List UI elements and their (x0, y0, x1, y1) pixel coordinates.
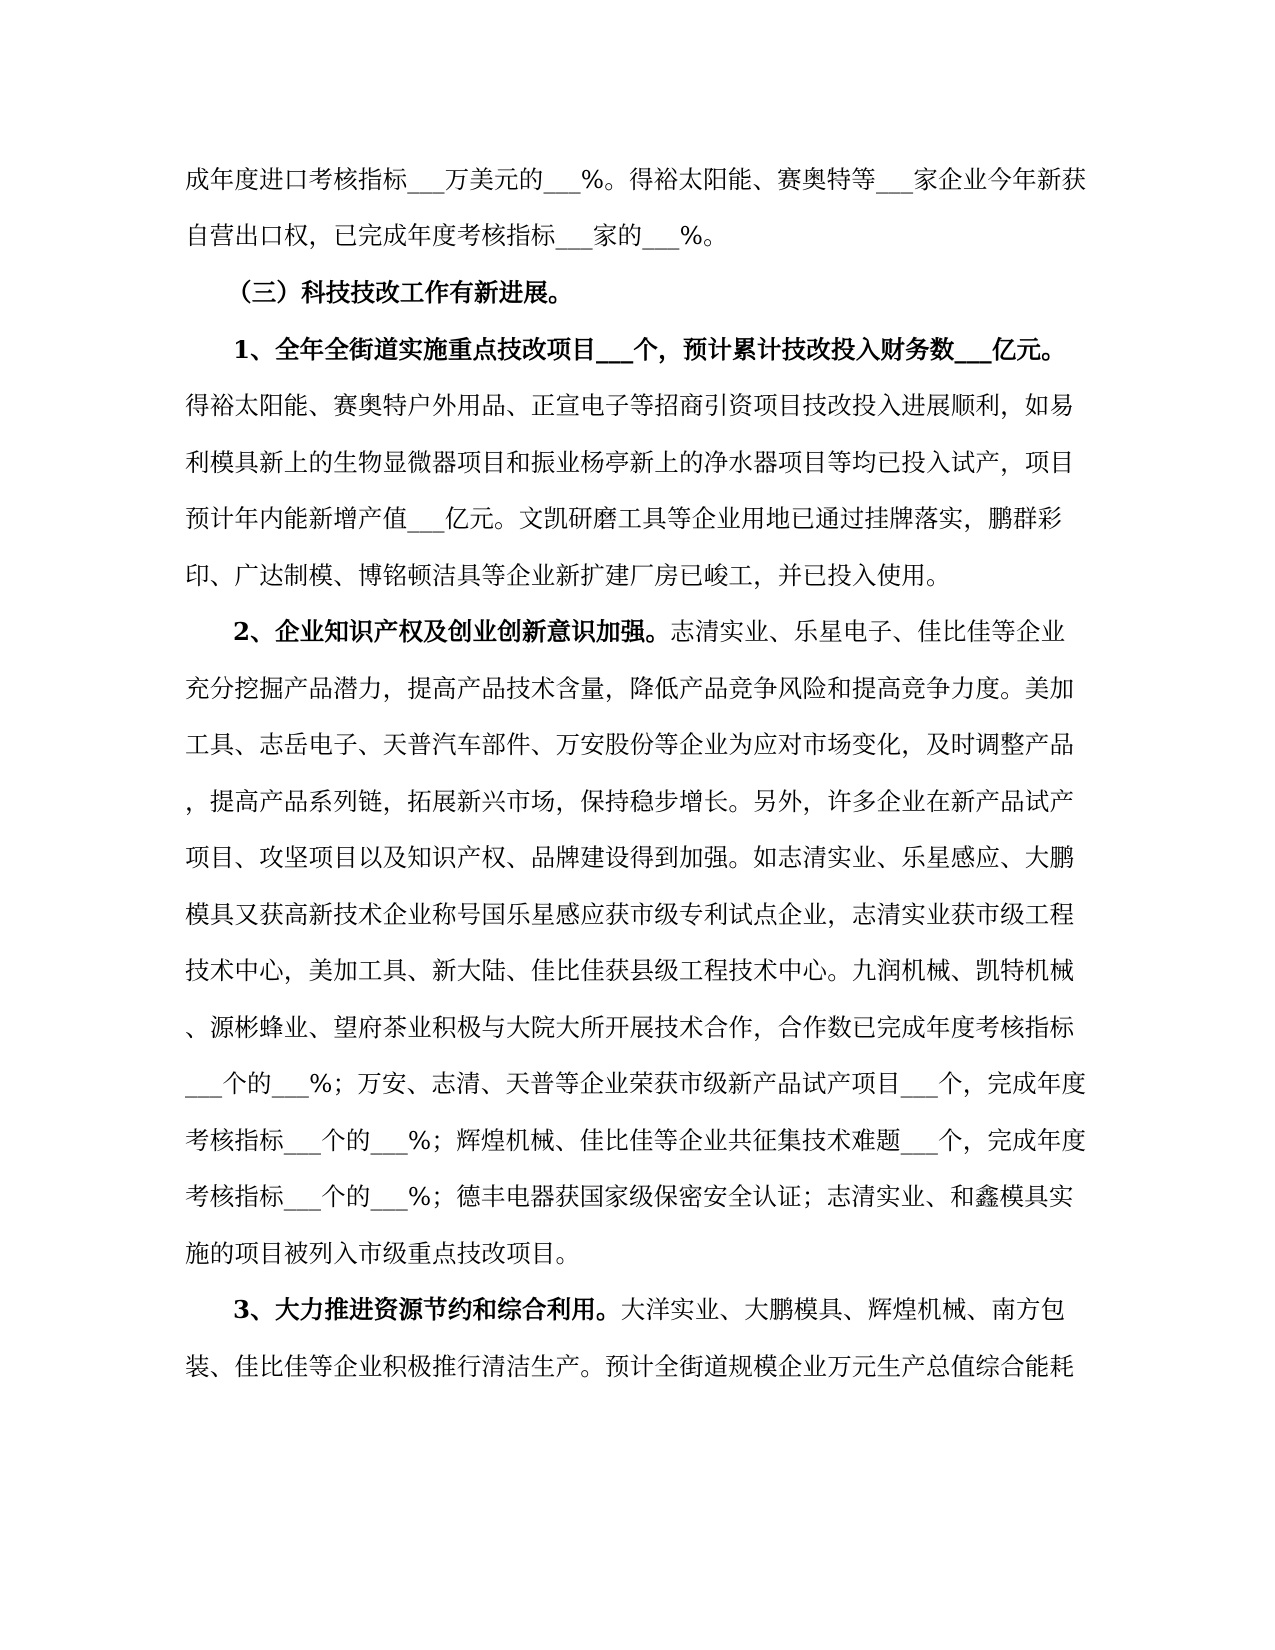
line-text: ，提高产品系列链，拓展新兴市场，保持稳步增长。另外，许多企业在新产品试产 (185, 787, 1074, 816)
line-text: 考核指标___个的___%；辉煌机械、佳比佳等企业共征集技术难题___个，完成年… (185, 1126, 1086, 1155)
paragraph-line: 考核指标___个的___%；德丰电器获国家级保密安全认证；志清实业、和鑫模具实 (185, 1177, 1037, 1217)
line-text: 充分挖掘产品潜力，提高产品技术含量，降低产品竞争风险和提高竞争力度。美加 (185, 674, 1074, 703)
paragraph-line: 工具、志岳电子、天普汽车部件、万安股份等企业为应对市场变化，及时调整产品 (185, 725, 1037, 765)
section-heading: （三）科技技改工作有新进展。 (227, 273, 573, 313)
line-text: 志清实业、乐星电子、佳比佳等企业 (670, 617, 1065, 646)
item-heading-text: 2、企业知识产权及创业创新意识加强。 (233, 617, 670, 646)
paragraph-line: 得裕太阳能、赛奥特户外用品、正宣电子等招商引资项目技改投入进展顺利，如易 (185, 386, 1037, 426)
paragraph-line: 考核指标___个的___%；辉煌机械、佳比佳等企业共征集技术难题___个，完成年… (185, 1121, 1037, 1161)
line-text: 装、佳比佳等企业积极推行清洁生产。预计全街道规模企业万元生产总值综合能耗 (185, 1352, 1074, 1381)
line-text: 印、广达制模、博铭顿洁具等企业新扩建厂房已峻工，并已投入使用。 (185, 561, 951, 590)
paragraph-line: 、源彬蜂业、望府茶业积极与大院大所开展技术合作，合作数已完成年度考核指标 (185, 1008, 1037, 1048)
paragraph-line: 施的项目被列入市级重点技改项目。 (185, 1234, 580, 1274)
paragraph-line: ___个的___%；万安、志清、天普等企业荣获市级新产品试产项目___个，完成年… (185, 1064, 1037, 1104)
heading-text: 1、全年全街道实施重点技改项目___个，预计累计技改投入财务数___亿元。 (233, 335, 1066, 364)
line-text: 利模具新上的生物显微器项目和振业杨亭新上的净水器项目等均已投入试产，项目 (185, 448, 1074, 477)
line-text: 自营出口权，已完成年度考核指标___家的___%。 (185, 221, 728, 250)
item-heading: 1、全年全街道实施重点技改项目___个，预计累计技改投入财务数___亿元。 (233, 330, 1037, 370)
paragraph-line: 预计年内能新增产值___亿元。文凯研磨工具等企业用地已通过挂牌落实，鹏群彩 (185, 499, 1037, 539)
line-text: 得裕太阳能、赛奥特户外用品、正宣电子等招商引资项目技改投入进展顺利，如易 (185, 391, 1074, 420)
line-text: 施的项目被列入市级重点技改项目。 (185, 1239, 580, 1268)
line-text: 成年度进口考核指标___万美元的___%。得裕太阳能、赛奥特等___家企业今年新… (185, 165, 1086, 194)
paragraph-line: 印、广达制模、博铭顿洁具等企业新扩建厂房已峻工，并已投入使用。 (185, 556, 951, 596)
item-heading-text: 3、大力推进资源节约和综合利用。 (233, 1295, 621, 1324)
paragraph-line: 技术中心，美加工具、新大陆、佳比佳获县级工程技术中心。九润机械、凯特机械 (185, 951, 1037, 991)
line-text: 技术中心，美加工具、新大陆、佳比佳获县级工程技术中心。九润机械、凯特机械 (185, 956, 1074, 985)
paragraph-line: 装、佳比佳等企业积极推行清洁生产。预计全街道规模企业万元生产总值综合能耗 (185, 1347, 1037, 1387)
paragraph-line: 自营出口权，已完成年度考核指标___家的___%。 (185, 216, 728, 256)
paragraph-line: 2、企业知识产权及创业创新意识加强。志清实业、乐星电子、佳比佳等企业 (233, 612, 1037, 652)
paragraph-line: 模具又获高新技术企业称号国乐星感应获市级专利试点企业，志清实业获市级工程 (185, 895, 1037, 935)
paragraph-line: 充分挖掘产品潜力，提高产品技术含量，降低产品竞争风险和提高竞争力度。美加 (185, 669, 1037, 709)
line-text: 预计年内能新增产值___亿元。文凯研磨工具等企业用地已通过挂牌落实，鹏群彩 (185, 504, 1062, 533)
line-text: 工具、志岳电子、天普汽车部件、万安股份等企业为应对市场变化，及时调整产品 (185, 730, 1074, 759)
heading-text: （三）科技技改工作有新进展。 (227, 278, 573, 307)
paragraph-line: ，提高产品系列链，拓展新兴市场，保持稳步增长。另外，许多企业在新产品试产 (185, 782, 1037, 822)
paragraph-line: 利模具新上的生物显微器项目和振业杨亭新上的净水器项目等均已投入试产，项目 (185, 443, 1037, 483)
paragraph-line: 项目、攻坚项目以及知识产权、品牌建设得到加强。如志清实业、乐星感应、大鹏 (185, 838, 1037, 878)
line-text: ___个的___%；万安、志清、天普等企业荣获市级新产品试产项目___个，完成年… (185, 1069, 1086, 1098)
paragraph-line: 3、大力推进资源节约和综合利用。大洋实业、大鹏模具、辉煌机械、南方包 (233, 1290, 1037, 1330)
line-text: 大洋实业、大鹏模具、辉煌机械、南方包 (621, 1295, 1066, 1324)
line-text: 模具又获高新技术企业称号国乐星感应获市级专利试点企业，志清实业获市级工程 (185, 900, 1074, 929)
paragraph-line: 成年度进口考核指标___万美元的___%。得裕太阳能、赛奥特等___家企业今年新… (185, 160, 1037, 200)
line-text: 考核指标___个的___%；德丰电器获国家级保密安全认证；志清实业、和鑫模具实 (185, 1182, 1074, 1211)
line-text: 、源彬蜂业、望府茶业积极与大院大所开展技术合作，合作数已完成年度考核指标 (185, 1013, 1074, 1042)
line-text: 项目、攻坚项目以及知识产权、品牌建设得到加强。如志清实业、乐星感应、大鹏 (185, 843, 1074, 872)
